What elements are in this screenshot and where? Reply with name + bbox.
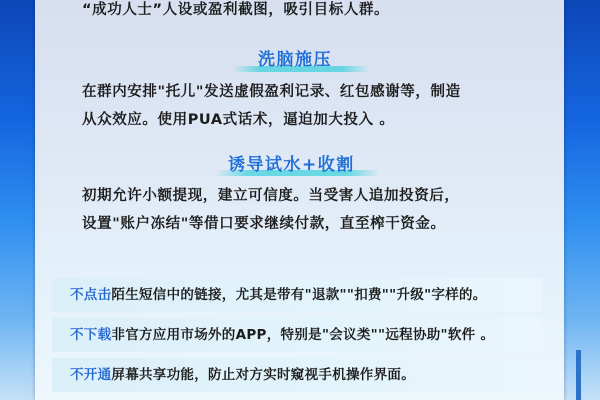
tip-item: 不下载非官方应用市场外的APP，特别是"会议类""远程协助"软件 。 [52,318,542,352]
decorative-bar [576,350,581,400]
section-text-line: 设置"账户冻结"等借口要求继续付款，直至榨干资金。 [82,210,446,238]
tip-item: 不开通屏幕共享功能，防止对方实时窥视手机操作界面。 [52,358,542,392]
tip-item: 不点击陌生短信中的链接，尤其是带有"退款""扣费""升级"字样的。 [52,278,542,312]
section-text-line: 在群内安排"托儿"发送虚假盈利记录、红包感谢等，制造 [82,78,461,106]
tip-keyword: 不下载 [70,327,111,343]
tip-text: 屏幕共享功能，防止对方实时窥视手机操作界面。 [111,367,415,383]
section-heading-brainwash: 洗脑施压 [258,45,332,70]
section-heading-harvest: 诱导试水+收割 [228,150,355,175]
tip-keyword: 不点击 [70,287,111,303]
tip-text: 陌生短信中的链接，尤其是带有"退款""扣费""升级"字样的。 [111,287,486,303]
intro-text: “成功人士”人设或盈利截图，吸引目标人群。 [82,0,389,24]
section-text-line: 从众效应。使用PUA式话术，逼迫加大投入 。 [82,106,394,134]
tip-text: 非官方应用市场外的APP，特别是"会议类""远程协助"软件 。 [111,327,494,343]
section-text-line: 初期允许小额提现，建立可信度。当受害人追加投资后， [82,182,460,210]
tip-keyword: 不开通 [70,367,111,383]
